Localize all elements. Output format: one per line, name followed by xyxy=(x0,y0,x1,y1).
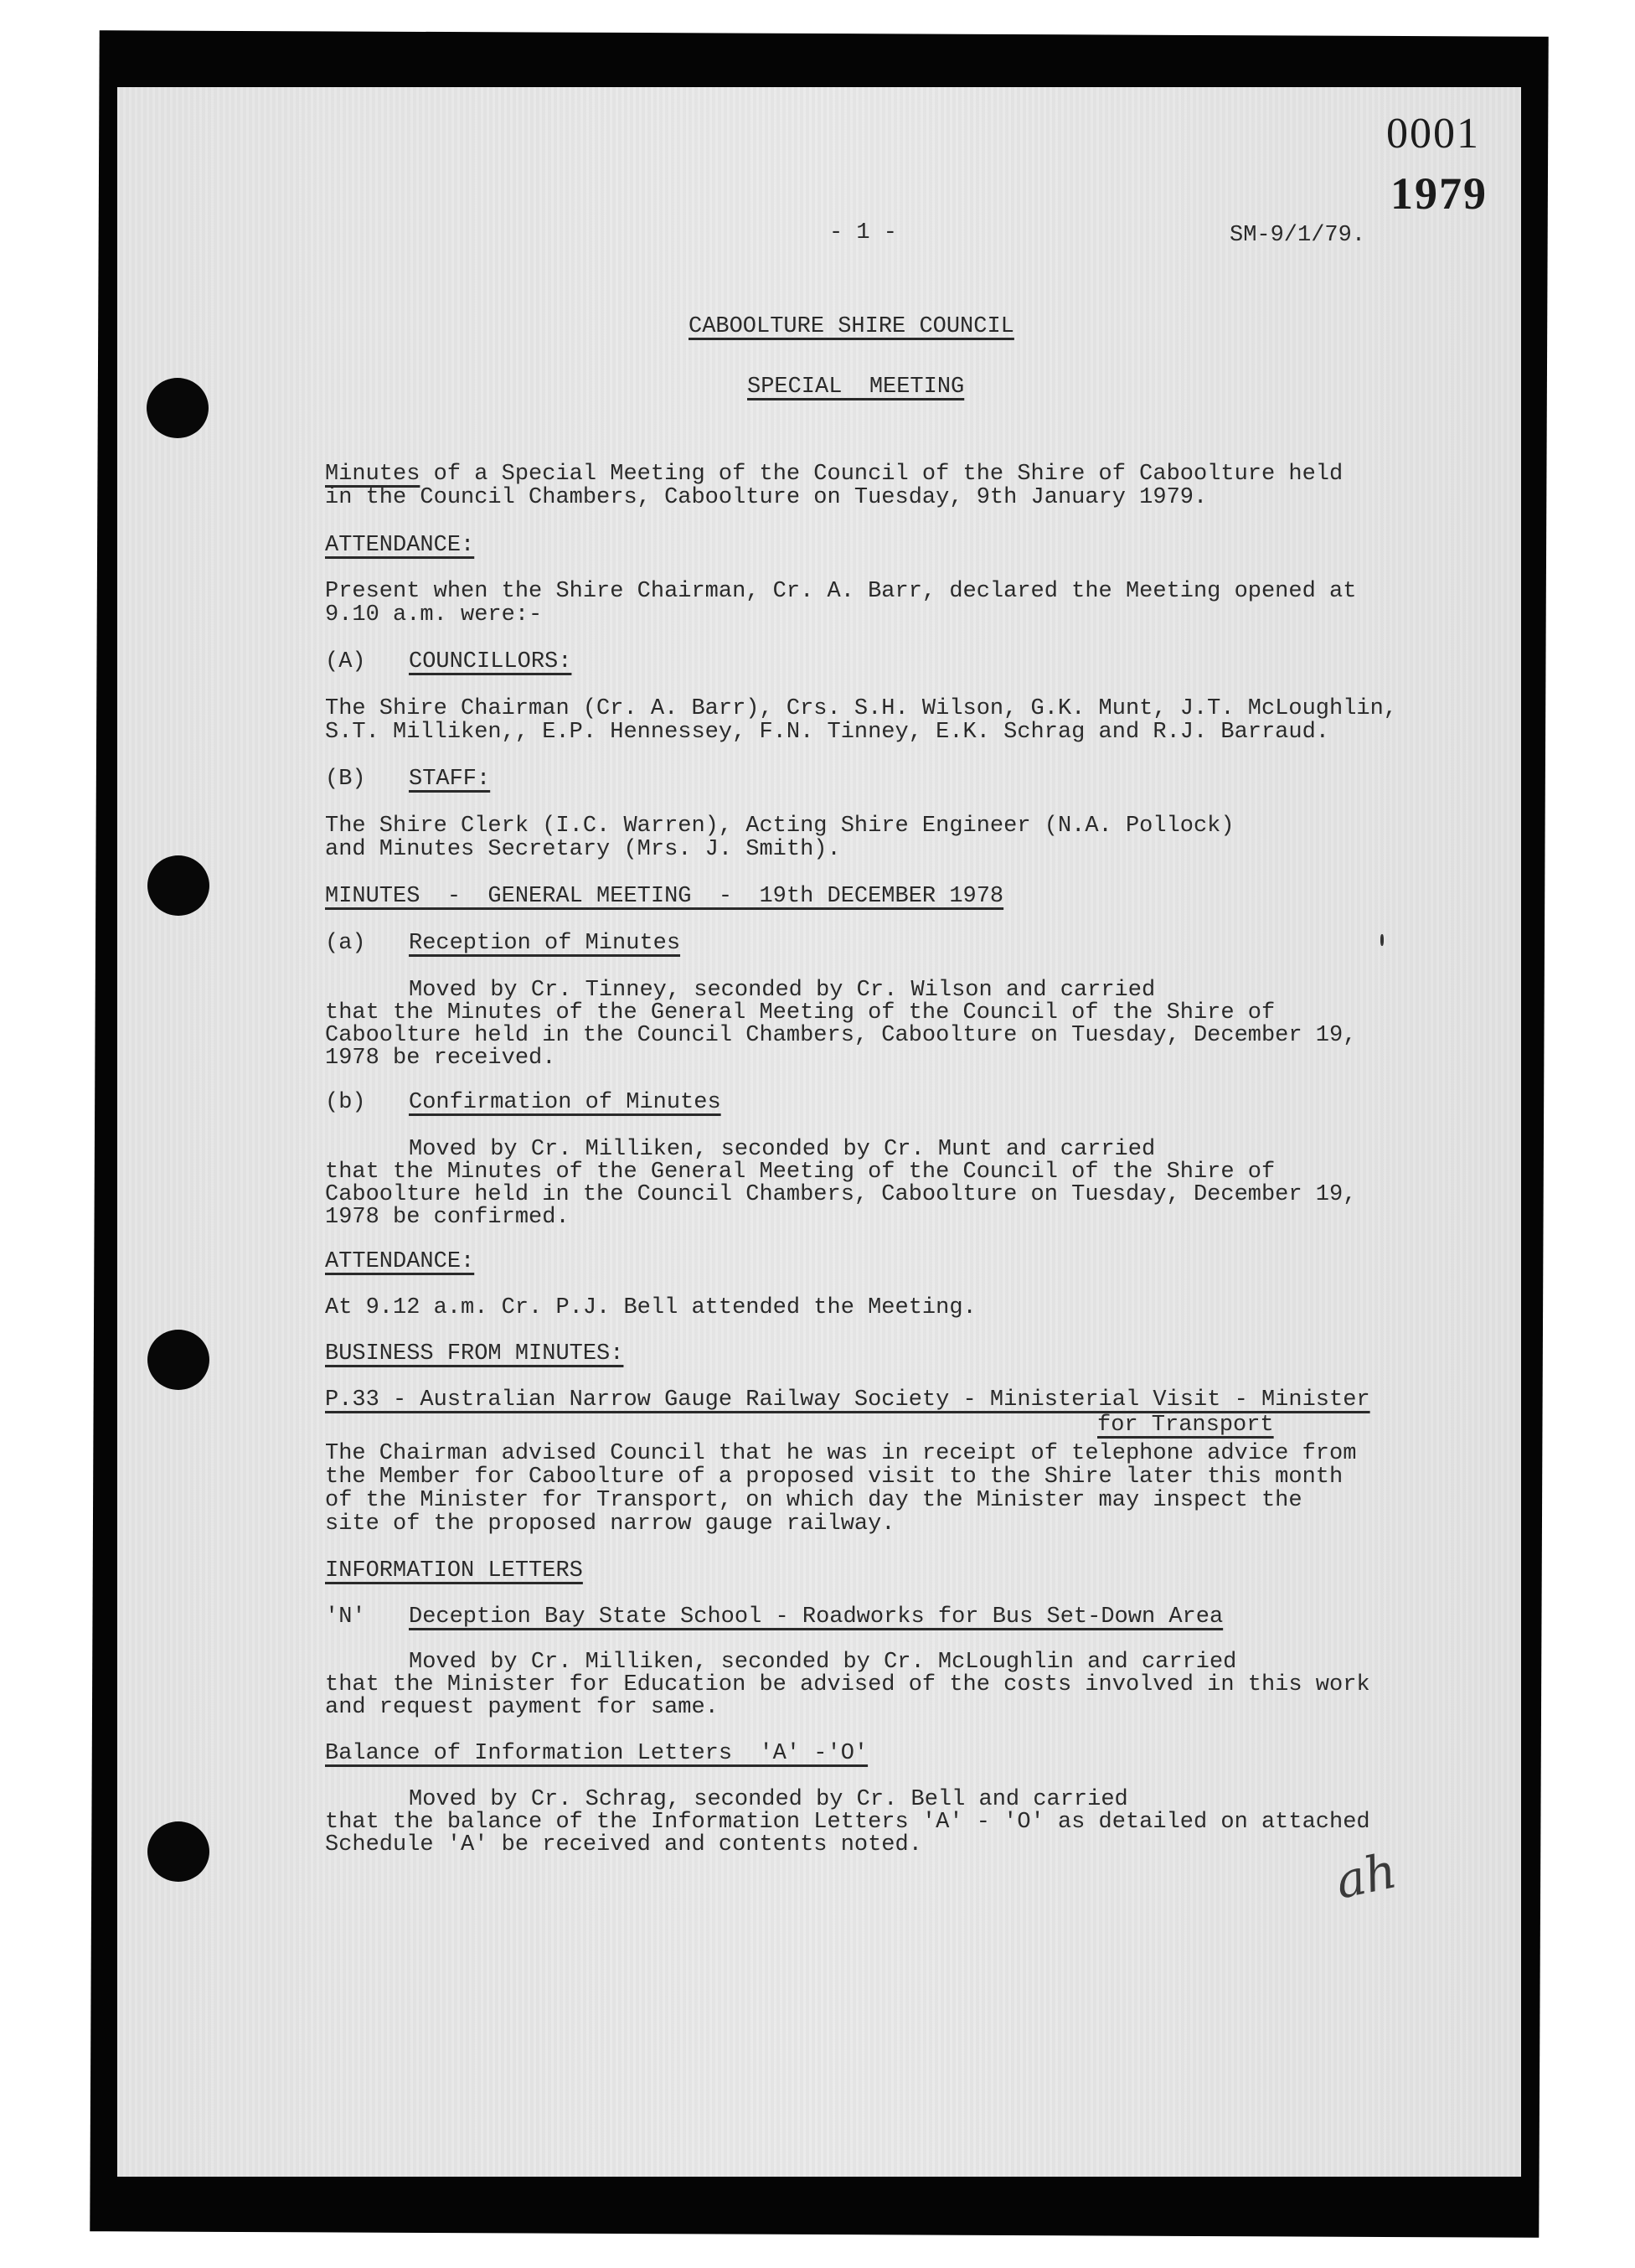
reception-line-3: 1978 be received. xyxy=(325,1047,555,1070)
council-title: CABOOLTURE SHIRE COUNCIL xyxy=(689,316,1014,338)
business-item-line-1: P.33 - Australian Narrow Gauge Railway S… xyxy=(325,1389,1370,1412)
balance-line-1: that the balance of the Information Lett… xyxy=(325,1811,1370,1834)
reception-label: (a) xyxy=(325,933,366,955)
reception-heading: Reception of Minutes xyxy=(409,933,680,955)
confirmation-line-2: Caboolture held in the Council Chambers,… xyxy=(325,1184,1356,1206)
staff-line-2: and Minutes Secretary (Mrs. J. Smith). xyxy=(325,839,841,861)
punch-hole-3 xyxy=(147,1330,209,1390)
meeting-title: SPECIAL MEETING xyxy=(747,376,964,399)
ink-speck xyxy=(1380,934,1384,946)
intro-line-1-rest: of a Special Meeting of the Council of t… xyxy=(420,462,1343,487)
councillors-heading: COUNCILLORS: xyxy=(409,651,571,674)
minutes-word: Minutes xyxy=(325,462,420,487)
attendance-heading: ATTENDANCE: xyxy=(325,535,474,557)
confirmation-line-1: that the Minutes of the General Meeting … xyxy=(325,1161,1275,1184)
punch-hole-1 xyxy=(147,378,209,438)
punch-hole-4 xyxy=(147,1821,209,1882)
reference-code: SM-9/1/79. xyxy=(1230,225,1365,247)
business-body-line-4: site of the proposed narrow gauge railwa… xyxy=(325,1513,895,1536)
balance-moved: Moved by Cr. Schrag, seconded by Cr. Bel… xyxy=(409,1789,1128,1811)
intro-line-1: Minutes of a Special Meeting of the Coun… xyxy=(325,463,1343,486)
document-page xyxy=(117,87,1521,2177)
balance-line-2: Schedule 'A' be received and contents no… xyxy=(325,1834,922,1857)
item-n-line-1: that the Minister for Education be advis… xyxy=(325,1674,1370,1697)
item-n-heading: Deception Bay State School - Roadworks f… xyxy=(409,1606,1223,1629)
stamp-year: 1979 xyxy=(1390,168,1488,220)
staff-label: (B) xyxy=(325,768,366,791)
confirmation-moved: Moved by Cr. Milliken, seconded by Cr. M… xyxy=(409,1139,1155,1161)
confirmation-label: (b) xyxy=(325,1092,366,1114)
minutes-general-heading: MINUTES - GENERAL MEETING - 19th DECEMBE… xyxy=(325,886,1003,908)
attendance-line-1: Present when the Shire Chairman, Cr. A. … xyxy=(325,581,1356,603)
reception-line-2: Caboolture held in the Council Chambers,… xyxy=(325,1025,1356,1047)
councillors-label: (A) xyxy=(325,651,366,674)
balance-heading: Balance of Information Letters 'A' -'O' xyxy=(325,1743,868,1765)
business-body-line-2: the Member for Caboolture of a proposed … xyxy=(325,1466,1343,1489)
reception-moved: Moved by Cr. Tinney, seconded by Cr. Wil… xyxy=(409,979,1155,1002)
councillors-line-2: S.T. Milliken,, E.P. Hennessey, F.N. Tin… xyxy=(325,721,1329,744)
business-body-line-1: The Chairman advised Council that he was… xyxy=(325,1443,1356,1465)
confirmation-heading: Confirmation of Minutes xyxy=(409,1092,721,1114)
intro-line-2: in the Council Chambers, Caboolture on T… xyxy=(325,487,1207,509)
stamp-number: 0001 xyxy=(1386,109,1480,158)
attendance-2-line: At 9.12 a.m. Cr. P.J. Bell attended the … xyxy=(325,1297,977,1320)
staff-line-1: The Shire Clerk (I.C. Warren), Acting Sh… xyxy=(325,815,1235,838)
staff-heading: STAFF: xyxy=(409,768,490,791)
business-body-line-3: of the Minister for Transport, on which … xyxy=(325,1490,1302,1512)
item-n-moved: Moved by Cr. Milliken, seconded by Cr. M… xyxy=(409,1651,1236,1674)
punch-hole-2 xyxy=(147,855,209,916)
attendance-line-2: 9.10 a.m. were:- xyxy=(325,604,542,627)
confirmation-line-3: 1978 be confirmed. xyxy=(325,1206,570,1229)
page-number: - 1 - xyxy=(829,222,897,245)
reception-line-1: that the Minutes of the General Meeting … xyxy=(325,1002,1275,1025)
info-letters-heading: INFORMATION LETTERS xyxy=(325,1560,583,1583)
item-n-label: 'N' xyxy=(325,1606,366,1629)
attendance-2-heading: ATTENDANCE: xyxy=(325,1251,474,1273)
councillors-line-1: The Shire Chairman (Cr. A. Barr), Crs. S… xyxy=(325,698,1397,721)
item-n-line-2: and request payment for same. xyxy=(325,1697,719,1719)
business-heading: BUSINESS FROM MINUTES: xyxy=(325,1343,623,1366)
business-item-line-2: for Transport xyxy=(1097,1414,1274,1437)
